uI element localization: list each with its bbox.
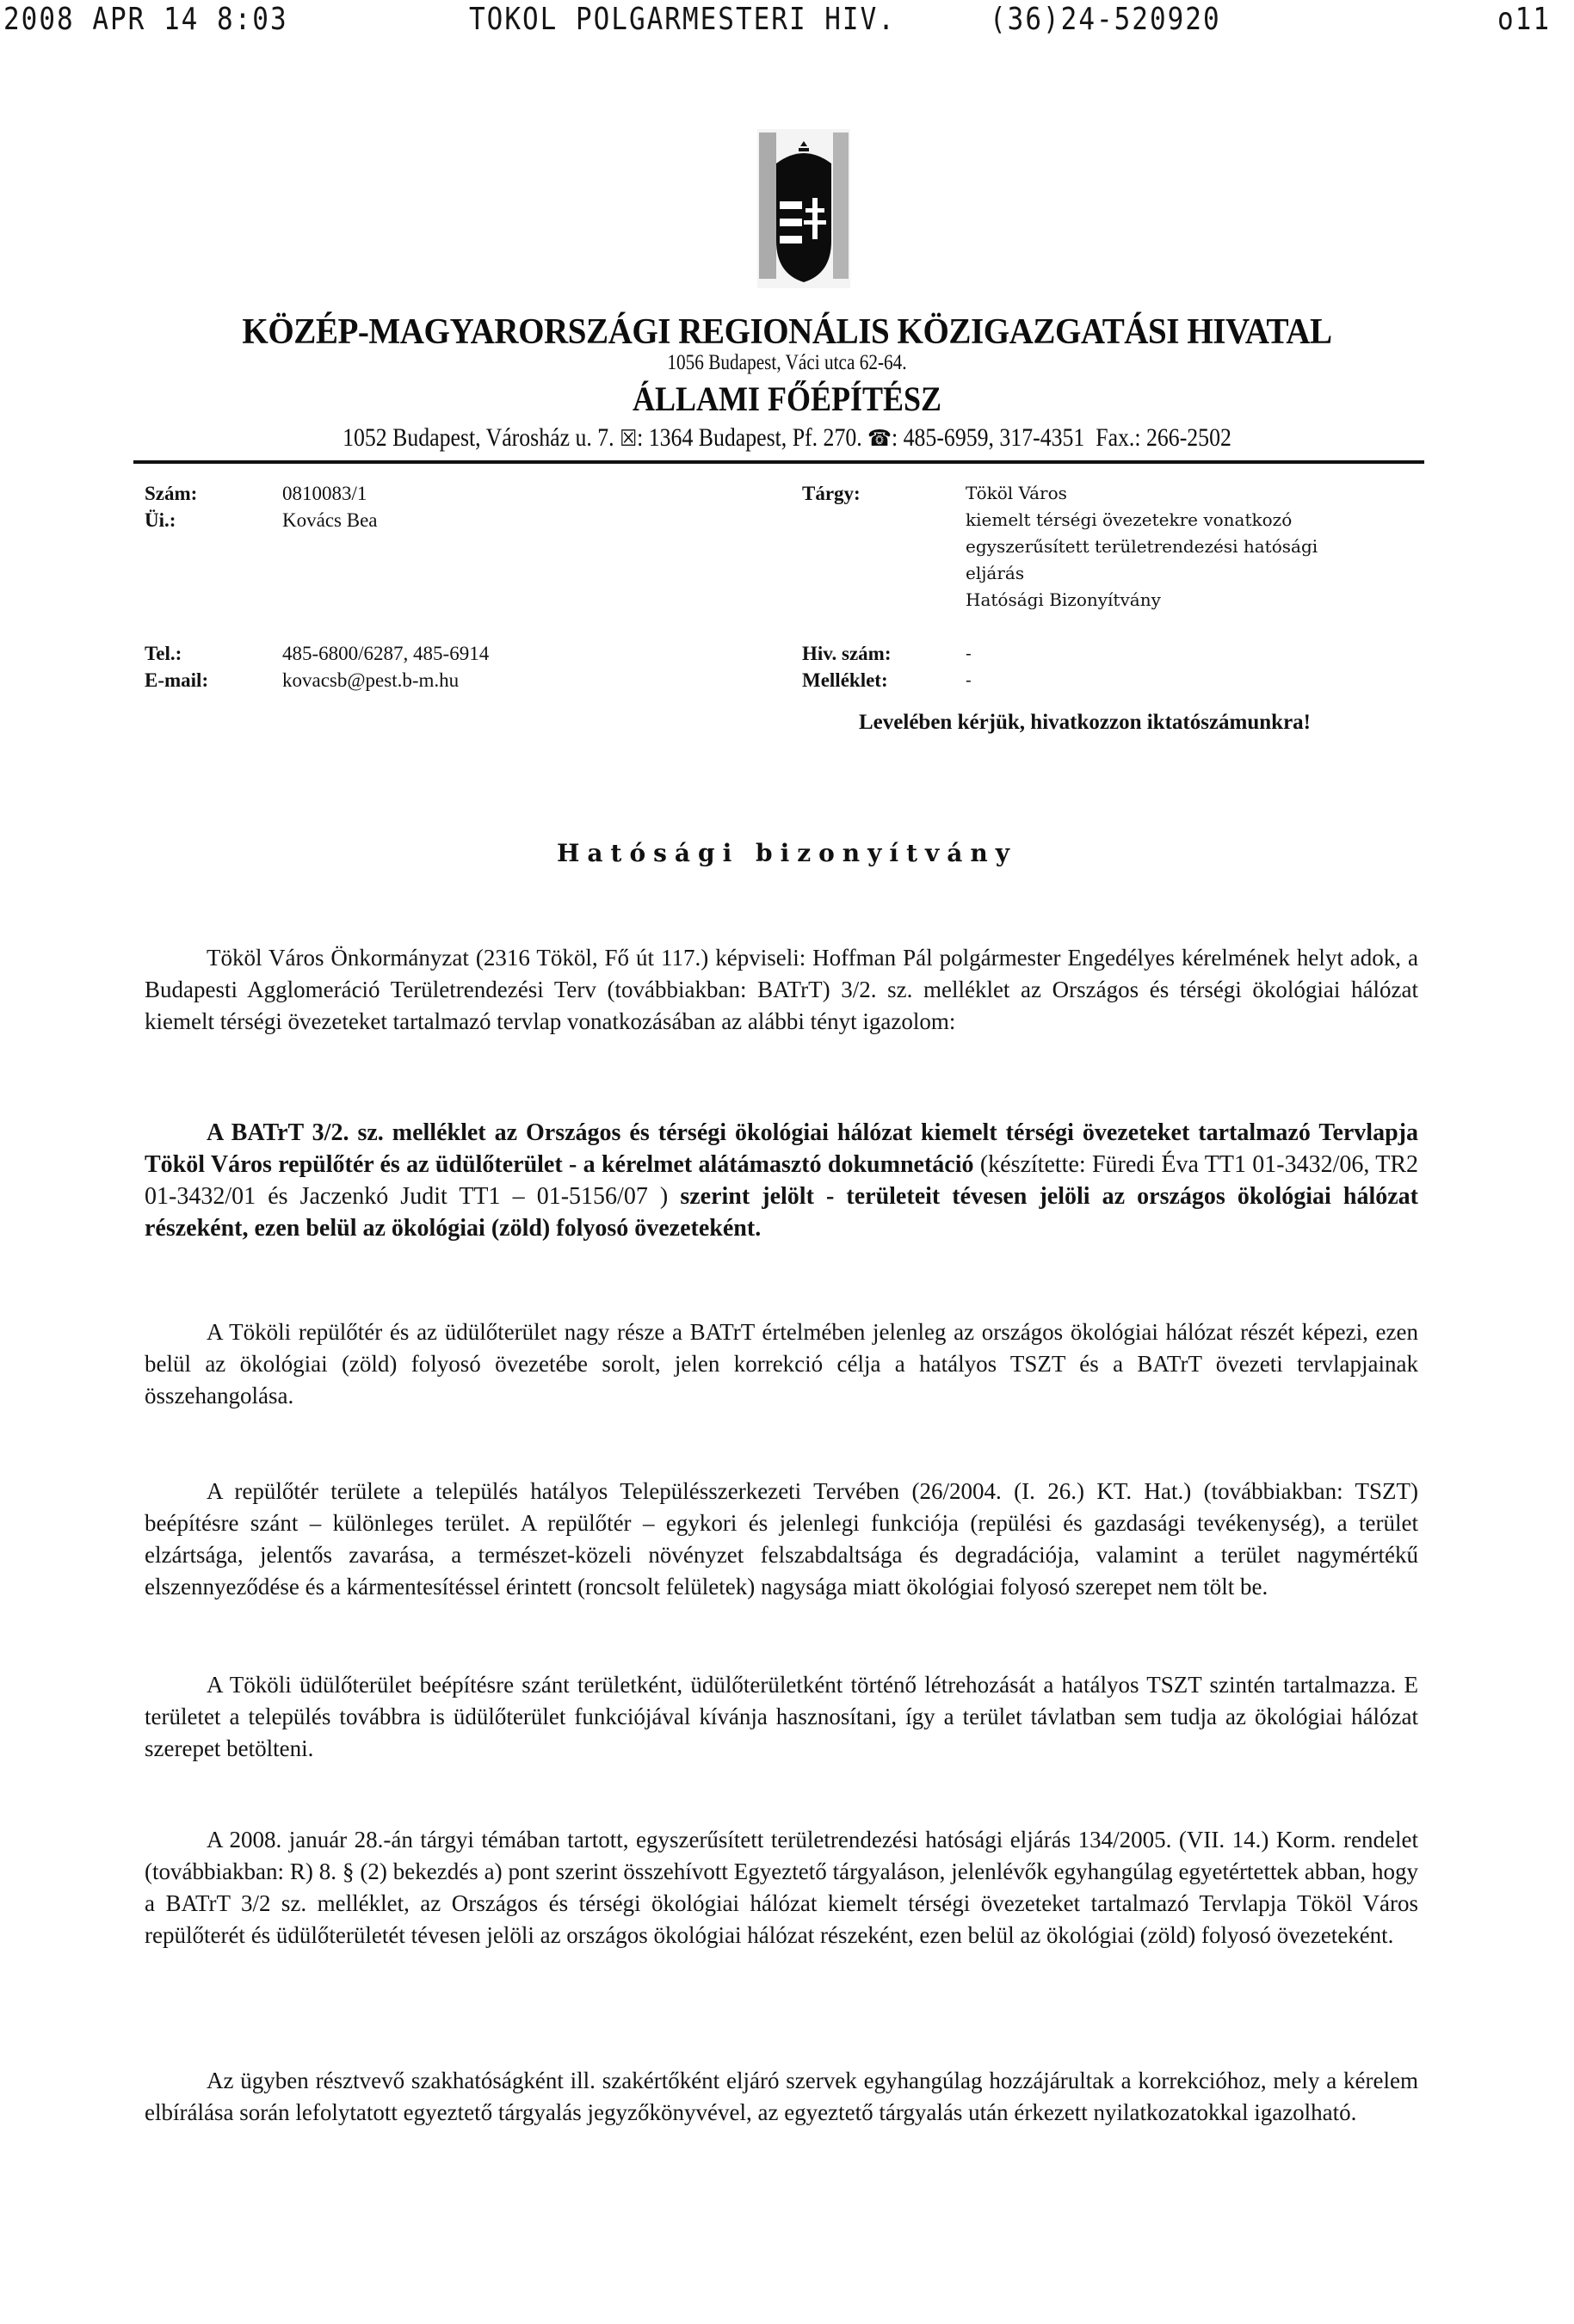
department-name: ÁLLAMI FŐÉPÍTÉSZ <box>78 379 1495 419</box>
department-fax: Fax.: 266-2502 <box>1096 423 1231 452</box>
certified-statement: A BATrT 3/2. sz. melléklet az Országos é… <box>145 1117 1418 1244</box>
subject-line: Hatósági Bizonyítvány <box>966 587 1161 613</box>
letterhead-divider <box>133 460 1424 464</box>
phone-value: 485-6800/6287, 485-6914 <box>282 640 489 667</box>
body-paragraph: A Tököli üdülőterület beépítésre szánt t… <box>145 1669 1418 1765</box>
organization-address: 1056 Budapest, Váci utca 62-64. <box>118 351 1456 375</box>
subject-label: Tárgy: <box>802 480 861 507</box>
document-title: Hatósági bizonyítvány <box>0 839 1574 867</box>
body-paragraph: Az ügyben résztvevő szakhatóságként ill.… <box>145 2065 1418 2129</box>
telephone-icon: ☎ <box>867 426 892 452</box>
phone-label: Tel.: <box>145 640 182 667</box>
fax-datetime: 2008 APR 14 8:03 <box>3 2 288 37</box>
fax-header: 2008 APR 14 8:03 TOKOL POLGARMESTERI HIV… <box>0 2 1574 31</box>
paragraph-text: A 2008. január 28.-án tárgyi témában tar… <box>145 1824 1418 1951</box>
subject-line: egyszerűsített területrendezési hatósági <box>966 533 1318 560</box>
fax-sender: TOKOL POLGARMESTERI HIV. <box>469 2 896 37</box>
paragraph-text: A repülőtér területe a település hatályo… <box>145 1476 1418 1603</box>
reference-note: Levelében kérjük, hivatkozzon iktatószám… <box>859 711 1311 735</box>
department-postal: : 1364 Budapest, Pf. 270. <box>637 423 862 452</box>
attachment-label: Melléklet: <box>802 667 888 694</box>
paragraph-text: Az ügyben résztvevő szakhatóságként ill.… <box>145 2065 1418 2129</box>
case-number-value: 0810083/1 <box>282 480 367 507</box>
envelope-icon: ☒ <box>620 426 637 452</box>
paragraph-text: A Tököli üdülőterület beépítésre szánt t… <box>145 1669 1418 1765</box>
body-paragraph: A 2008. január 28.-án tárgyi témában tar… <box>145 1824 1418 1951</box>
department-contact-line: 1052 Budapest, Városház u. 7. ☒: 1364 Bu… <box>110 423 1464 453</box>
subject-line: eljárás <box>966 560 1024 587</box>
subject-line: Tököl Város <box>966 480 1067 507</box>
body-paragraph: A repülőtér területe a település hatályo… <box>145 1476 1418 1603</box>
attachment-value: - <box>966 667 972 694</box>
subject-block: Tárgy: Tököl Város kiemelt térségi öveze… <box>802 480 1491 738</box>
paragraph-text: Tököl Város Önkormányzat (2316 Tököl, Fő… <box>145 942 1418 1038</box>
email-label: E-mail: <box>145 667 208 694</box>
email-value[interactable]: kovacsb@pest.b-m.hu <box>282 667 459 694</box>
subject-line: kiemelt térségi övezetekre vonatkozó <box>966 507 1292 533</box>
handler-value: Kovács Bea <box>282 507 378 533</box>
fax-page-number: o11 <box>1497 2 1551 37</box>
department-phones: : 485-6959, 317-4351 <box>892 423 1084 452</box>
reference-block: Szám: 0810083/1 Üi.: Kovács Bea Tel.: 48… <box>145 480 747 704</box>
department-street: 1052 Budapest, Városház u. 7. <box>343 423 614 452</box>
paragraph-text: A Tököli repülőtér és az üdülőterület na… <box>145 1316 1418 1412</box>
body-paragraph: Tököl Város Önkormányzat (2316 Tököl, Fő… <box>145 942 1418 1038</box>
body-paragraph: A Tököli repülőtér és az üdülőterület na… <box>145 1316 1418 1412</box>
handler-label: Üi.: <box>145 507 176 533</box>
reference-label: Hiv. szám: <box>802 640 892 667</box>
fax-phone: (36)24-520920 <box>990 2 1221 37</box>
organization-name: KÖZÉP-MAGYARORSZÁGI REGIONÁLIS KÖZIGAZGA… <box>55 311 1519 353</box>
reference-value: - <box>966 640 972 667</box>
hungarian-coat-of-arms-icon <box>757 129 850 288</box>
certified-statement-text: A BATrT 3/2. sz. melléklet az Országos é… <box>145 1117 1418 1244</box>
case-number-label: Szám: <box>145 480 197 507</box>
